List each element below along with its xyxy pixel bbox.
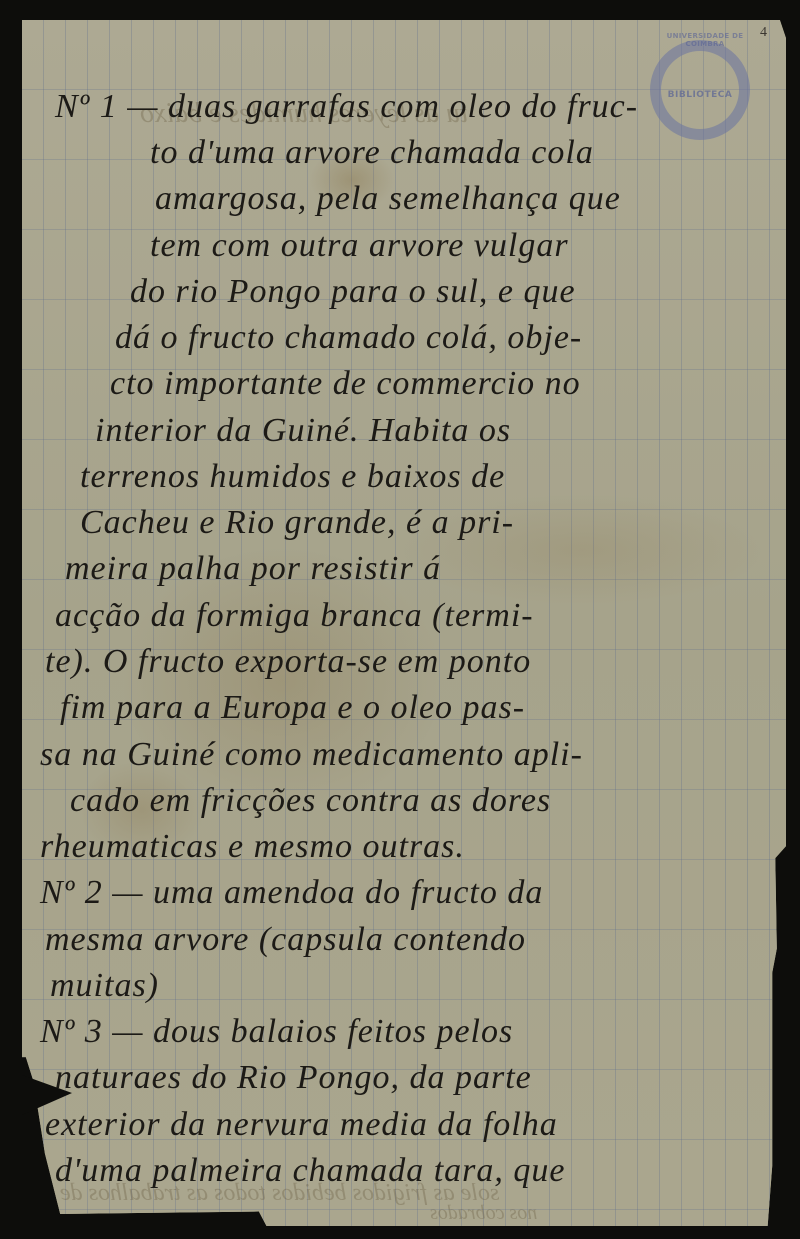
- manuscript-line: muitas): [50, 969, 159, 1003]
- manuscript-line: sa na Guiné como medicamento apli-: [40, 738, 583, 772]
- bleed-through-text: nos cobrados: [430, 1202, 537, 1225]
- manuscript-line: tem com outra arvore vulgar: [150, 229, 569, 263]
- manuscript-line: exterior da nervura media da folha: [45, 1108, 558, 1142]
- manuscript-line: acção da formiga branca (termi-: [55, 599, 534, 633]
- manuscript-line: Nº 2 — uma amendoa do fructo da: [40, 876, 543, 910]
- manuscript-line: Cacheu e Rio grande, é a pri-: [80, 506, 514, 540]
- stamp-center-text: BIBLIOTECA: [665, 90, 735, 100]
- manuscript-line: te). O fructo exporta-se em ponto: [45, 645, 531, 679]
- manuscript-line: do rio Pongo para o sul, e que: [130, 275, 576, 309]
- manuscript-line: Nº 3 — dous balaios feitos pelos: [40, 1015, 513, 1049]
- manuscript-line: dá o fructo chamado colá, obje-: [115, 321, 582, 355]
- manuscript-line: cto importante de commercio no: [110, 367, 581, 401]
- manuscript-line: Nº 1 — duas garrafas com oleo do fruc-: [55, 90, 638, 124]
- manuscript-line: interior da Guiné. Habita os: [95, 414, 511, 448]
- manuscript-line: cado em fricções contra as dores: [70, 784, 551, 818]
- folio-number: 4: [760, 25, 767, 41]
- manuscript-line: rheumaticas e mesmo outras.: [40, 830, 465, 864]
- manuscript-line: meira palha por resistir á: [65, 552, 441, 586]
- manuscript-line: terrenos humidos e baixos de: [80, 460, 505, 494]
- manuscript-line: d'uma palmeira chamada tara, que: [55, 1154, 566, 1188]
- manuscript-line: amargosa, pela semelhança que: [155, 182, 621, 216]
- manuscript-line: fim para a Europa e o oleo pas-: [60, 691, 525, 725]
- manuscript-line: to d'uma arvore chamada cola: [150, 136, 594, 170]
- torn-corner: [22, 1075, 72, 1115]
- stamp-ring-text: UNIVERSIDADE DE COIMBRA: [655, 32, 755, 48]
- manuscript-line: mesma arvore (capsula contendo: [45, 923, 526, 957]
- manuscript-line: naturaes do Rio Pongo, da parte: [55, 1061, 532, 1095]
